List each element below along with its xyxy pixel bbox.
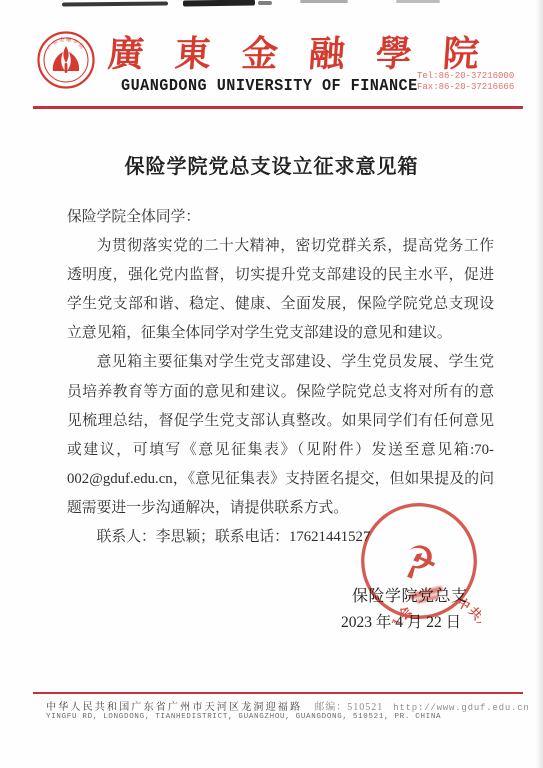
- scan-artifact: [396, 0, 440, 3]
- university-logo-icon: 广东金融学院: [36, 30, 96, 90]
- scanned-letter-page: 广东金融学院 廣 東 金 融 學 院 GUANGDONG UNIVERSITY …: [0, 0, 543, 768]
- contact-telfax: Tel:86-20-37216000 Fax:86-20-37216666: [417, 71, 514, 93]
- official-seal: 中共广东金融学院保险学院总支委员会 ☭: [357, 499, 481, 623]
- scan-artifact: [62, 1, 168, 6]
- salutation: 保险学院全体同学：: [67, 203, 494, 232]
- tel-number: Tel:86-20-37216000: [417, 71, 514, 82]
- footer-address-en: YINGFU RD, LONGDONG, TIANHEDISTRICT, GUA…: [46, 713, 441, 721]
- footer-divider-rule: [33, 692, 523, 694]
- fax-number: Fax:86-20-37216666: [417, 82, 514, 93]
- footer-postcode: 邮编：510521: [314, 702, 383, 713]
- letter-title: 保险学院党总支设立征求意见箱: [0, 150, 543, 179]
- scan-artifact: [300, 0, 348, 3]
- footer-address-line: 中华人民共和国广东省广州市天河区龙洞迎福路邮编：510521http://www…: [46, 698, 530, 713]
- university-name-en: GUANGDONG UNIVERSITY OF FINANCE: [121, 76, 418, 95]
- university-name-zh: 廣 東 金 融 學 院: [106, 26, 400, 77]
- footer-address-zh: 中华人民共和国广东省广州市天河区龙洞迎福路: [46, 702, 302, 713]
- footer-website: http://www.gduf.edu.cn: [393, 703, 529, 713]
- hammer-sickle-icon: ☭: [395, 533, 443, 590]
- logo-emblem-shape: [53, 46, 79, 73]
- paragraph-1: 为贯彻落实党的二十大精神，密切党群关系，提高党务工作透明度，强化党内监督，切实提…: [67, 232, 494, 348]
- header-divider-rule: [33, 106, 523, 109]
- paragraph-2: 意见箱主要征集对学生党支部建设、学生党员发展、学生党员培养教育等方面的意见和建议…: [67, 348, 494, 523]
- scan-edge-shadow: [536, 0, 543, 768]
- scan-artifact: [258, 1, 272, 5]
- seal-smudge-marks: [409, 586, 445, 605]
- scan-artifact: [183, 0, 255, 7]
